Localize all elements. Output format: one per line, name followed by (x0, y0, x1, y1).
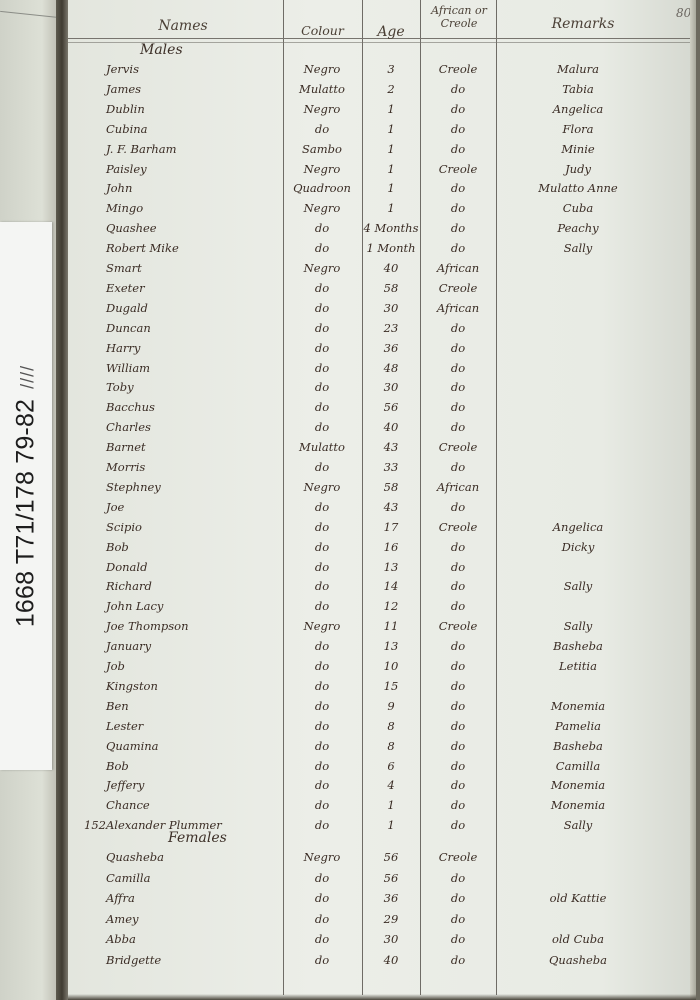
table-row: J. F. BarhamSambo1doMinie (68, 142, 696, 162)
table-row: PaisleyNegro1CreoleJudy (68, 162, 696, 182)
entry-colour: Sambo (283, 142, 361, 156)
entry-name: Amey (106, 912, 276, 926)
entry-colour: Mulatto (283, 82, 361, 96)
entry-age: 33 (362, 460, 420, 474)
entry-origin: do (420, 420, 496, 434)
entry-name: Job (106, 659, 276, 673)
entry-age: 9 (362, 699, 420, 713)
header-remarks: Remarks (498, 18, 668, 31)
entry-remarks: Cuba (498, 201, 658, 215)
table-row: 152Alexander Plummerdo1doSally (68, 818, 696, 838)
entry-colour: do (283, 719, 361, 733)
entry-age: 1 (362, 122, 420, 136)
table-row: Januarydo13doBasheba (68, 639, 696, 659)
entry-origin: Creole (420, 440, 496, 454)
entry-name: Bridgette (106, 953, 276, 967)
table-row: Scipiodo17CreoleAngelica (68, 520, 696, 540)
page-number: 80 (676, 6, 691, 20)
entry-colour: do (283, 380, 361, 394)
entry-name: Exeter (106, 281, 276, 295)
entry-origin: do (420, 460, 496, 474)
entry-remarks: Angelica (498, 520, 658, 534)
entry-colour: do (283, 400, 361, 414)
entry-name: James (106, 82, 276, 96)
entry-origin: do (420, 818, 496, 832)
entry-colour: do (283, 932, 361, 946)
entry-colour: Negro (283, 619, 361, 633)
entry-colour: do (283, 579, 361, 593)
entry-origin: do (420, 679, 496, 693)
entry-origin: Creole (420, 850, 496, 864)
table-row: QuashebaNegro56Creole (68, 850, 696, 870)
entry-origin: do (420, 560, 496, 574)
table-row: Joe ThompsonNegro11CreoleSally (68, 619, 696, 639)
entry-colour: do (283, 460, 361, 474)
entry-origin: African (420, 261, 496, 275)
entry-name: Joe (106, 500, 276, 514)
entry-name: Bacchus (106, 400, 276, 414)
header-colour: Colour (283, 24, 362, 37)
table-row: JohnQuadroon1doMulatto Anne (68, 181, 696, 201)
entry-colour: do (283, 301, 361, 315)
table-row: Bacchusdo56do (68, 400, 696, 420)
entry-remarks: Pamelia (498, 719, 658, 733)
entry-name: Bob (106, 540, 276, 554)
entry-name: Charles (106, 420, 276, 434)
entry-age: 14 (362, 579, 420, 593)
entry-colour: do (283, 281, 361, 295)
table-row: JamesMulatto2doTabia (68, 82, 696, 102)
entry-origin: do (420, 953, 496, 967)
entry-name: Duncan (106, 321, 276, 335)
table-row: MingoNegro1doCuba (68, 201, 696, 221)
entry-colour: do (283, 520, 361, 534)
entry-age: 1 (362, 818, 420, 832)
entry-age: 8 (362, 739, 420, 753)
entry-colour: do (283, 122, 361, 136)
entry-age: 16 (362, 540, 420, 554)
entry-colour: do (283, 420, 361, 434)
entry-age: 12 (362, 599, 420, 613)
entry-origin: do (420, 400, 496, 414)
entry-origin: do (420, 871, 496, 885)
entry-age: 6 (362, 759, 420, 773)
entry-remarks: Mulatto Anne (498, 181, 658, 195)
entry-origin: do (420, 932, 496, 946)
entry-origin: African (420, 301, 496, 315)
table-row: Harrydo36do (68, 341, 696, 361)
table-row: Ameydo29do (68, 912, 696, 932)
table-row: DublinNegro1doAngelica (68, 102, 696, 122)
entry-name: John (106, 181, 276, 195)
entry-name: Chance (106, 798, 276, 812)
table-row: Bobdo16doDicky (68, 540, 696, 560)
header-origin: African or Creole (428, 4, 490, 30)
entry-origin: do (420, 321, 496, 335)
archive-reference-slip: 1668 T71/178 79-82//// (0, 222, 52, 770)
table-row: Richarddo14doSally (68, 579, 696, 599)
entry-name: Lester (106, 719, 276, 733)
entry-colour: do (283, 679, 361, 693)
entry-age: 40 (362, 261, 420, 275)
table-row: Bobdo6doCamilla (68, 759, 696, 779)
entry-origin: do (420, 659, 496, 673)
table-row: Jobdo10doLetitia (68, 659, 696, 679)
entry-name: Dugald (106, 301, 276, 315)
entry-origin: do (420, 380, 496, 394)
entry-name: Morris (106, 460, 276, 474)
entry-colour: do (283, 778, 361, 792)
entry-age: 3 (362, 62, 420, 76)
entry-age: 56 (362, 400, 420, 414)
table-row: Robert Mikedo1 MonthdoSally (68, 241, 696, 261)
entry-origin: do (420, 361, 496, 375)
entry-age: 30 (362, 932, 420, 946)
entry-origin: do (420, 639, 496, 653)
entry-colour: do (283, 759, 361, 773)
entry-origin: do (420, 798, 496, 812)
archive-reference-text: 1668 T71/178 79-82//// (12, 365, 41, 627)
entry-origin: do (420, 540, 496, 554)
entry-colour: do (283, 953, 361, 967)
table-row: StephneyNegro58African (68, 480, 696, 500)
table-row: Cubinado1doFlora (68, 122, 696, 142)
entry-name: Richard (106, 579, 276, 593)
table-row: Dugalddo30African (68, 301, 696, 321)
table-row: BarnetMulatto43Creole (68, 440, 696, 460)
entry-colour: do (283, 739, 361, 753)
entry-age: 56 (362, 871, 420, 885)
section-males: Males (140, 42, 183, 58)
table-row: Chancedo1doMonemia (68, 798, 696, 818)
page-bottom-shadow (68, 994, 696, 1000)
entry-remarks: Sally (498, 241, 658, 255)
table-row: Bridgettedo40doQuasheba (68, 953, 696, 973)
entry-age: 1 Month (362, 241, 420, 255)
book-gutter (56, 0, 68, 1000)
entry-origin: do (420, 599, 496, 613)
entry-name: Dublin (106, 102, 276, 116)
table-row: John Lacydo12do (68, 599, 696, 619)
entry-age: 48 (362, 361, 420, 375)
entry-origin: African (420, 480, 496, 494)
entry-age: 40 (362, 953, 420, 967)
entry-name: Bob (106, 759, 276, 773)
entry-origin: do (420, 759, 496, 773)
entry-remarks: Dicky (498, 540, 658, 554)
entry-origin: Creole (420, 520, 496, 534)
entry-age: 23 (362, 321, 420, 335)
entry-age: 30 (362, 301, 420, 315)
entry-remarks: Malura (498, 62, 658, 76)
table-row: Williamdo48do (68, 361, 696, 381)
table-row: Donalddo13do (68, 560, 696, 580)
entry-remarks: Monemia (498, 798, 658, 812)
entry-origin: Creole (420, 281, 496, 295)
entry-origin: Creole (420, 162, 496, 176)
archive-reference: 1668 T71/178 79-82 (12, 399, 40, 627)
entry-origin: do (420, 122, 496, 136)
entry-colour: do (283, 599, 361, 613)
entry-name: Kingston (106, 679, 276, 693)
entry-colour: do (283, 912, 361, 926)
table-row: JervisNegro3CreoleMalura (68, 62, 696, 82)
table-row: Camillado56do (68, 871, 696, 891)
entry-age: 1 (362, 181, 420, 195)
entry-origin: do (420, 201, 496, 215)
table-row: Charlesdo40do (68, 420, 696, 440)
entry-remarks: Angelica (498, 102, 658, 116)
entry-name: Jeffery (106, 778, 276, 792)
entry-name: J. F. Barham (106, 142, 276, 156)
entry-age: 10 (362, 659, 420, 673)
table-row: SmartNegro40African (68, 261, 696, 281)
entry-age: 1 (362, 142, 420, 156)
entry-remarks: Monemia (498, 778, 658, 792)
entry-origin: do (420, 241, 496, 255)
page-edge (690, 0, 696, 1000)
table-row: Morrisdo33do (68, 460, 696, 480)
entry-age: 1 (362, 201, 420, 215)
entry-remarks: old Cuba (498, 932, 658, 946)
entry-remarks: Tabia (498, 82, 658, 96)
entry-colour: Negro (283, 480, 361, 494)
entry-age: 36 (362, 891, 420, 905)
entry-age: 4 (362, 778, 420, 792)
entry-name: Toby (106, 380, 276, 394)
entry-name: Abba (106, 932, 276, 946)
entry-age: 56 (362, 850, 420, 864)
entry-colour: do (283, 221, 361, 235)
entry-colour: Negro (283, 62, 361, 76)
entry-remarks: Flora (498, 122, 658, 136)
entry-age: 8 (362, 719, 420, 733)
entry-origin: Creole (420, 62, 496, 76)
entry-remarks: Basheba (498, 739, 658, 753)
header-age: Age (362, 26, 420, 39)
entry-age: 11 (362, 619, 420, 633)
entry-origin: do (420, 719, 496, 733)
entry-age: 1 (362, 162, 420, 176)
entry-origin: do (420, 778, 496, 792)
entry-name: Paisley (106, 162, 276, 176)
entry-colour: do (283, 699, 361, 713)
tally-marks: //// (18, 365, 38, 389)
entry-name: Affra (106, 891, 276, 905)
entry-age: 2 (362, 82, 420, 96)
entry-colour: do (283, 818, 361, 832)
table-row: Affrado36doold Kattie (68, 891, 696, 911)
entry-age: 36 (362, 341, 420, 355)
table-row: Quasheedo4 MonthsdoPeachy (68, 221, 696, 241)
entry-age: 29 (362, 912, 420, 926)
entry-remarks: Minie (498, 142, 658, 156)
entry-colour: do (283, 540, 361, 554)
entry-name: Robert Mike (106, 241, 276, 255)
entry-age: 4 Months (362, 221, 420, 235)
entry-remarks: Monemia (498, 699, 658, 713)
entry-number: 152 (84, 818, 106, 832)
entry-remarks: Quasheba (498, 953, 658, 967)
entry-origin: do (420, 739, 496, 753)
entry-remarks: old Kattie (498, 891, 658, 905)
entry-name: Ben (106, 699, 276, 713)
entry-origin: do (420, 221, 496, 235)
entry-age: 13 (362, 639, 420, 653)
facing-page-rule (0, 11, 60, 18)
entry-colour: Negro (283, 261, 361, 275)
entry-age: 58 (362, 281, 420, 295)
entry-colour: Negro (283, 201, 361, 215)
entry-origin: Creole (420, 619, 496, 633)
entry-remarks: Camilla (498, 759, 658, 773)
entry-remarks: Peachy (498, 221, 658, 235)
entry-name: Cubina (106, 122, 276, 136)
entry-name: Camilla (106, 871, 276, 885)
entry-age: 1 (362, 798, 420, 812)
table-row: Exeterdo58Creole (68, 281, 696, 301)
entry-age: 1 (362, 102, 420, 116)
entry-name: Jervis (106, 62, 276, 76)
entry-age: 43 (362, 500, 420, 514)
entry-remarks: Judy (498, 162, 658, 176)
entry-origin: do (420, 500, 496, 514)
entry-age: 40 (362, 420, 420, 434)
entry-origin: do (420, 82, 496, 96)
entry-origin: do (420, 102, 496, 116)
entry-colour: do (283, 241, 361, 255)
entry-colour: do (283, 341, 361, 355)
entry-origin: do (420, 142, 496, 156)
entry-name: Stephney (106, 480, 276, 494)
entry-origin: do (420, 912, 496, 926)
entry-colour: do (283, 321, 361, 335)
entry-name: Barnet (106, 440, 276, 454)
entry-origin: do (420, 341, 496, 355)
entry-colour: do (283, 361, 361, 375)
entry-colour: Quadroon (283, 181, 361, 195)
entry-origin: do (420, 891, 496, 905)
entry-remarks: Sally (498, 619, 658, 633)
entry-colour: Negro (283, 162, 361, 176)
header-names: Names (108, 20, 258, 33)
entry-age: 30 (362, 380, 420, 394)
entry-name: Quashee (106, 221, 276, 235)
entry-age: 17 (362, 520, 420, 534)
section-females: Females (168, 830, 227, 846)
entry-name: Quasheba (106, 850, 276, 864)
entry-origin: do (420, 699, 496, 713)
entry-name: Mingo (106, 201, 276, 215)
entry-colour: do (283, 659, 361, 673)
entry-remarks: Sally (498, 818, 658, 832)
entry-remarks: Basheba (498, 639, 658, 653)
entry-remarks: Letitia (498, 659, 658, 673)
entry-name: Quamina (106, 739, 276, 753)
entry-origin: do (420, 181, 496, 195)
entry-name: John Lacy (106, 599, 276, 613)
entry-name: Smart (106, 261, 276, 275)
table-row: Lesterdo8doPamelia (68, 719, 696, 739)
entry-name: January (106, 639, 276, 653)
entry-age: 13 (362, 560, 420, 574)
table-row: Quaminado8doBasheba (68, 739, 696, 759)
entry-origin: do (420, 579, 496, 593)
entry-colour: Negro (283, 850, 361, 864)
entry-colour: do (283, 500, 361, 514)
entry-colour: do (283, 798, 361, 812)
table-row: Abbado30doold Cuba (68, 932, 696, 952)
table-row: Kingstondo15do (68, 679, 696, 699)
entry-colour: Mulatto (283, 440, 361, 454)
entry-age: 58 (362, 480, 420, 494)
table-row: Joedo43do (68, 500, 696, 520)
entry-remarks: Sally (498, 579, 658, 593)
entry-age: 15 (362, 679, 420, 693)
entry-colour: do (283, 560, 361, 574)
entry-colour: do (283, 891, 361, 905)
entry-name: Joe Thompson (106, 619, 276, 633)
table-row: Tobydo30do (68, 380, 696, 400)
entry-name: William (106, 361, 276, 375)
table-row: Duncando23do (68, 321, 696, 341)
entry-name: Donald (106, 560, 276, 574)
entry-name: Scipio (106, 520, 276, 534)
entry-name: Harry (106, 341, 276, 355)
table-row: Bendo9doMonemia (68, 699, 696, 719)
entry-colour: do (283, 639, 361, 653)
register-page: 80 Names Colour Age African or Creole Re… (68, 0, 696, 1000)
entry-colour: do (283, 871, 361, 885)
entry-colour: Negro (283, 102, 361, 116)
table-row: Jefferydo4doMonemia (68, 778, 696, 798)
entry-age: 43 (362, 440, 420, 454)
